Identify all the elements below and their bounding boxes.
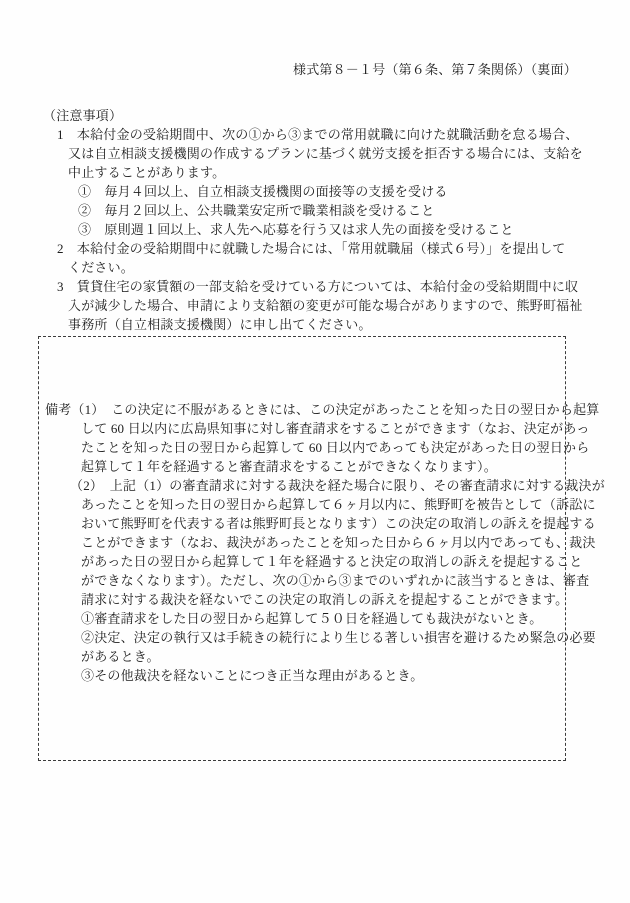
remark-subitem-2: ②決定、決定の執行又は手続きの続行により生じる著しい損害を避けるため緊急の必要 [39, 628, 565, 647]
remarks-box: 備考（1） この決定に不服があるときには、この決定があったことを知った日の翌日か… [38, 336, 566, 761]
remark-item-2: （2） 上記（1）の審査請求に対する裁決を経た場合に限り、その審査請求に対する裁… [39, 476, 565, 495]
remark-subitem-3: ③その他裁決を経ないことにつき正当な理由があるとき。 [39, 666, 565, 685]
notice-subitem-2: ② 毎月２回以上、公共職業安定所で職業相談を受けること [43, 201, 603, 220]
remark-line: たことを知った日の翌日から起算して 60 日以内であっても決定があった日の翌日か… [39, 438, 565, 457]
remark-line: 請求に対する裁決を経ないでこの決定の取消しの訴えを提起することができます。 [39, 590, 565, 609]
notice-item-1: 1 本給付金の受給期間中、次の①から③までの常用就職に向けた就職活動を怠る場合、 [43, 125, 603, 144]
remark-line: あったことを知った日の翌日から起算して６ヶ月以内に、熊野町を被告として（訴訟に [39, 495, 565, 514]
remark-item-1: 備考（1） この決定に不服があるときには、この決定があったことを知った日の翌日か… [39, 400, 565, 419]
remark-subitem-1: ①審査請求をした日の翌日から起算して５０日を経過しても裁決がないとき。 [39, 609, 565, 628]
notice-item-2: 2 本給付金の受給期間中に就職した場合には、「常用就職届（様式６号）」を提出して [43, 239, 603, 258]
notice-heading: （注意事項） [43, 106, 603, 125]
document-page: 様式第８－１号（第６条、第７条関係）（裏面） （注意事項） 1 本給付金の受給期… [0, 0, 630, 903]
notice-item-3: 3 賃貸住宅の家賃額の一部支給を受けている方については、本給付金の受給期間中に収 [43, 277, 603, 296]
remark-line: があるとき。 [39, 647, 565, 666]
notice-subitem-1: ① 毎月４回以上、自立相談支援機関の面接等の支援を受ける [43, 182, 603, 201]
notice-subitem-3: ③ 原則週１回以上、求人先へ応募を行う又は求人先の面接を受けること [43, 220, 603, 239]
notice-line: ください。 [43, 258, 603, 277]
remark-line: があった日の翌日から起算して１年を経過すると決定の取消しの訴えを提起すること [39, 552, 565, 571]
notice-section: （注意事項） 1 本給付金の受給期間中、次の①から③までの常用就職に向けた就職活… [43, 106, 603, 334]
remark-line: 起算して１年を経過すると審査請求をすることができなくなります）。 [39, 457, 565, 476]
notice-line: 入が減少した場合、申請により支給額の変更が可能な場合がありますので、熊野町福祉 [43, 296, 603, 315]
notice-line: 事務所（自立相談支援機関）に申し出てください。 [43, 315, 603, 334]
remark-line: おいて熊野町を代表する者は熊野町長となります）この決定の取消しの訴えを提起する [39, 514, 565, 533]
remark-line: ができなくなります）。ただし、次の①から③までのいずれかに該当するときは、審査 [39, 571, 565, 590]
form-number-header: 様式第８－１号（第６条、第７条関係）（裏面） [293, 60, 577, 79]
notice-line: 又は自立相談支援機関の作成するプランに基づく就労支援を拒否する場合には、支給を [43, 144, 603, 163]
remark-line: して 60 日以内に広島県知事に対し審査請求をすることができます（なお、決定があ… [39, 419, 565, 438]
remark-line: ことができます（なお、裁決があったことを知った日から６ヶ月以内であっても、裁決 [39, 533, 565, 552]
notice-line: 中止することがあります。 [43, 163, 603, 182]
